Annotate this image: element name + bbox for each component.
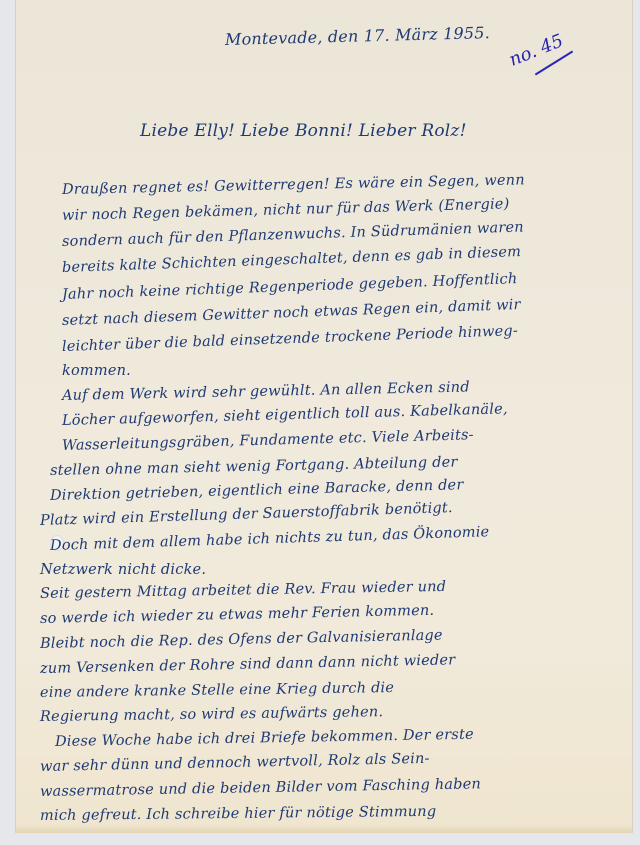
body-line: Netzwerk nicht dicke. [40, 562, 206, 578]
salutation: Liebe Elly! Liebe Bonni! Lieber Rolz! [140, 121, 467, 141]
body-line: kommen. [62, 363, 131, 379]
